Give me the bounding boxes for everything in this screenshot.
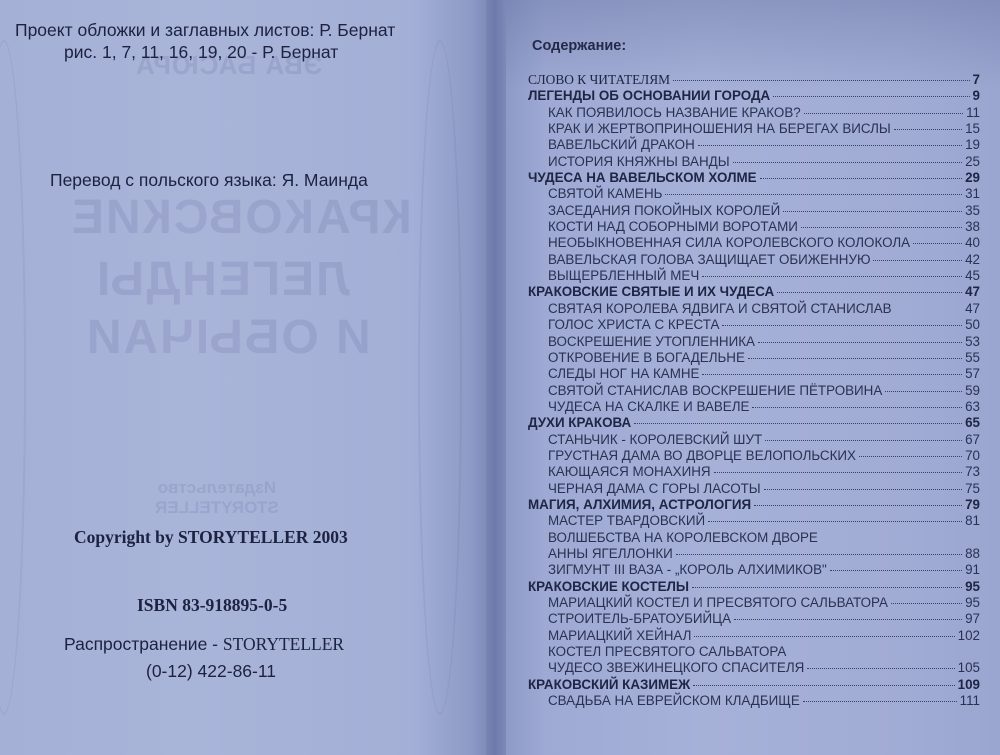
toc-dot-leader xyxy=(830,570,962,571)
toc-chapter-entry: ВЫЩЕРБЛЕННЫЙ МЕЧ45 xyxy=(528,268,980,284)
toc-entry-title: ЧУДЕСА НА ВАВЕЛЬСКОМ ХОЛМЕ xyxy=(528,170,757,186)
toc-chapter-entry: ЧЕРНАЯ ДАМА С ГОРЫ ЛАСОТЫ75 xyxy=(528,481,980,497)
toc-entry-title: ЗИГМУНТ III ВАЗА - „КОРОЛЬ АЛХИМИКОВ" xyxy=(548,562,827,578)
toc-entry-title: ЧУДЕСО ЗВЕЖИНЕЦКОГО СПАСИТЕЛЯ xyxy=(548,660,804,676)
toc-chapter-entry: КАК ПОЯВИЛОСЬ НАЗВАНИЕ КРАКОВ?11 xyxy=(528,105,980,121)
toc-dot-leader xyxy=(754,505,962,506)
toc-chapter-entry: ЗИГМУНТ III ВАЗА - „КОРОЛЬ АЛХИМИКОВ"91 xyxy=(528,562,980,578)
toc-dot-leader xyxy=(859,456,962,457)
toc-dot-leader xyxy=(891,603,962,604)
toc-entry-title: КОСТИ НАД СОБОРНЫМИ ВОРОТАМИ xyxy=(548,219,798,235)
toc-entry-page-number: 9 xyxy=(973,88,980,104)
toc-dot-leader xyxy=(698,145,962,146)
contents-heading: Содержание: xyxy=(532,38,626,54)
ornament-border-left xyxy=(0,40,26,715)
toc-section-entry: МАГИЯ, АЛХИМИЯ, АСТРОЛОГИЯ79 xyxy=(528,497,980,513)
toc-dot-leader xyxy=(665,194,962,195)
toc-entry-page-number: 55 xyxy=(965,350,980,366)
toc-entry-title: ВОЛШЕБСТВА НА КОРОЛЕВСКОМ ДВОРЕ xyxy=(548,530,818,546)
toc-chapter-entry: ВАВЕЛЬСКИЙ ДРАКОН19 xyxy=(528,137,980,153)
toc-entry-title: КРАКОВСКИЕ КОСТЕЛЫ xyxy=(528,579,689,595)
toc-entry-page-number: 73 xyxy=(965,464,980,480)
toc-dot-leader xyxy=(702,276,962,277)
toc-entry-page-number: 105 xyxy=(958,660,980,676)
toc-entry-page-number: 59 xyxy=(965,383,980,399)
toc-chapter-entry: СВАДЬБА НА ЕВРЕЙСКОМ КЛАДБИЩЕ111 xyxy=(528,693,980,709)
toc-entry-title: НЕОБЫКНОВЕННАЯ СИЛА КОРОЛЕВСКОГО КОЛОКОЛ… xyxy=(548,235,910,251)
toc-entry-title: МАРИАЦКИЙ КОСТЕЛ И ПРЕСВЯТОГО САЛЬВАТОРА xyxy=(548,595,888,611)
toc-dot-leader xyxy=(693,685,954,686)
distributor-name: STORYTELLER xyxy=(223,634,344,654)
toc-chapter-entry: ИСТОРИЯ КНЯЖНЫ ВАНДЫ25 xyxy=(528,154,980,170)
toc-entry-page-number: 29 xyxy=(965,170,980,186)
book-gutter xyxy=(486,0,506,755)
toc-entry-title: СВЯТОЙ КАМЕНЬ xyxy=(548,186,662,202)
distribution-label: Распространение - xyxy=(64,634,223,654)
toc-section-entry: КРАКОВСКИЕ КОСТЕЛЫ95 xyxy=(528,579,980,595)
bleed-through-title-line2: ЛЕГЕНДЫ xyxy=(95,252,350,307)
copyright-notice: Copyright by STORYTELLER 2003 xyxy=(74,527,348,548)
toc-dot-leader xyxy=(692,587,962,588)
toc-chapter-entry: СВЯТОЙ КАМЕНЬ31 xyxy=(528,186,980,202)
toc-dot-leader xyxy=(804,113,963,114)
toc-entry-page-number: 95 xyxy=(965,579,980,595)
toc-dot-leader xyxy=(694,636,954,637)
toc-dot-leader xyxy=(758,342,962,343)
toc-chapter-entry: МАСТЕР ТВАРДОВСКИЙ81 xyxy=(528,513,980,529)
toc-chapter-entry: КРАК И ЖЕРТВОПРИНОШЕНИЯ НА БЕРЕГАХ ВИСЛЫ… xyxy=(528,121,980,137)
toc-entry-title: СТАНЬЧИК - КОРОЛЕВСКИЙ ШУТ xyxy=(548,432,762,448)
toc-entry-title: СЛЕДЫ НОГ НА КАМНЕ xyxy=(548,366,699,382)
toc-entry-page-number: 25 xyxy=(965,154,980,170)
phone-number: (0-12) 422-86-11 xyxy=(146,661,276,682)
toc-dot-leader xyxy=(765,440,962,441)
toc-dot-leader xyxy=(807,668,954,669)
toc-entry-page-number: 95 xyxy=(965,595,980,611)
toc-chapter-entry: КОСТЕЛ ПРЕСВЯТОГО САЛЬВАТОРА xyxy=(528,644,980,660)
toc-entry-page-number: 63 xyxy=(965,399,980,415)
isbn: ISBN 83-918895-0-5 xyxy=(137,595,287,616)
toc-chapter-entry: СВЯТОЙ СТАНИСЛАВ ВОСКРЕШЕНИЕ ПЁТРОВИНА59 xyxy=(528,383,980,399)
toc-entry-title: МАСТЕР ТВАРДОВСКИЙ xyxy=(548,513,705,529)
toc-entry-title: ДУХИ КРАКОВА xyxy=(528,415,631,431)
toc-entry-title: МАГИЯ, АЛХИМИЯ, АСТРОЛОГИЯ xyxy=(528,497,751,513)
toc-chapter-entry: СТРОИТЕЛЬ-БРАТОУБИЙЦА97 xyxy=(528,611,980,627)
ornament-border-right xyxy=(418,40,462,715)
toc-entry-title: КРАКОВСКИЕ СВЯТЫЕ И ИХ ЧУДЕСА xyxy=(528,284,774,300)
toc-dot-leader xyxy=(773,96,969,97)
toc-entry-title: СВЯТАЯ КОРОЛЕВА ЯДВИГА И СВЯТОЙ СТАНИСЛА… xyxy=(548,301,892,317)
toc-entry-page-number: 19 xyxy=(965,137,980,153)
toc-entry-title: ЧЕРНАЯ ДАМА С ГОРЫ ЛАСОТЫ xyxy=(548,481,761,497)
toc-entry-title: АННЫ ЯГЕЛЛОНКИ xyxy=(548,546,673,562)
toc-dot-leader xyxy=(722,325,962,326)
toc-entry-title: ВЫЩЕРБЛЕННЫЙ МЕЧ xyxy=(548,268,699,284)
toc-entry-page-number: 91 xyxy=(965,562,980,578)
toc-entry-title: ГОЛОС ХРИСТА С КРЕСТА xyxy=(548,317,719,333)
toc-dot-leader xyxy=(733,162,963,163)
toc-dot-leader xyxy=(803,701,957,702)
toc-dot-leader xyxy=(676,554,962,555)
toc-chapter-entry: СВЯТАЯ КОРОЛЕВА ЯДВИГА И СВЯТОЙ СТАНИСЛА… xyxy=(528,301,980,317)
toc-entry-page-number: 70 xyxy=(965,448,980,464)
toc-entry-title: ЛЕГЕНДЫ ОБ ОСНОВАНИИ ГОРОДА xyxy=(528,88,770,104)
toc-entry-page-number: 53 xyxy=(965,334,980,350)
toc-entry-page-number: 7 xyxy=(973,72,980,88)
toc-dot-leader xyxy=(714,472,963,473)
toc-chapter-entry: СТАНЬЧИК - КОРОЛЕВСКИЙ ШУТ67 xyxy=(528,432,980,448)
toc-entry-title: МАРИАЦКИЙ ХЕЙНАЛ xyxy=(548,628,691,644)
toc-entry-title: СЛОВО К ЧИТАТЕЛЯМ xyxy=(528,72,670,88)
toc-entry-page-number: 75 xyxy=(965,481,980,497)
cover-design-credit: Проект обложки и заглавных листов: Р. Бе… xyxy=(15,20,395,41)
toc-entry-page-number: 79 xyxy=(965,497,980,513)
toc-entry-title: ВАВЕЛЬСКИЙ ДРАКОН xyxy=(548,137,695,153)
toc-entry-page-number: 47 xyxy=(965,301,980,317)
toc-entry-title: КАК ПОЯВИЛОСЬ НАЗВАНИЕ КРАКОВ? xyxy=(548,105,801,121)
toc-dot-leader xyxy=(764,489,962,490)
toc-chapter-entry: ЗАСЕДАНИЯ ПОКОЙНЫХ КОРОЛЕЙ35 xyxy=(528,203,980,219)
bleed-through-title-line1: КРАКОВСКИЕ xyxy=(70,190,412,245)
toc-entry-title: ЗАСЕДАНИЯ ПОКОЙНЫХ КОРОЛЕЙ xyxy=(548,203,780,219)
toc-section-entry: КРАКОВСКИЕ СВЯТЫЕ И ИХ ЧУДЕСА47 xyxy=(528,284,980,300)
illustrations-credit: рис. 1, 7, 11, 16, 19, 20 - Р. Бернат xyxy=(64,42,338,63)
toc-dot-leader xyxy=(801,227,962,228)
toc-dot-leader xyxy=(885,391,962,392)
toc-entry-page-number: 111 xyxy=(960,693,980,709)
table-of-contents: СЛОВО К ЧИТАТЕЛЯМ7ЛЕГЕНДЫ ОБ ОСНОВАНИИ Г… xyxy=(528,72,980,709)
toc-section-entry: КРАКОВСКИЙ КАЗИМЕЖ109 xyxy=(528,677,980,693)
translation-credit: Перевод с польского языка: Я. Маинда xyxy=(50,170,368,191)
toc-entry-title: ГРУСТНАЯ ДАМА ВО ДВОРЦЕ ВЕЛОПОЛЬСКИХ xyxy=(548,448,856,464)
toc-chapter-entry: АННЫ ЯГЕЛЛОНКИ88 xyxy=(528,546,980,562)
toc-section-entry: ДУХИ КРАКОВА65 xyxy=(528,415,980,431)
toc-section-entry: ЧУДЕСА НА ВАВЕЛЬСКОМ ХОЛМЕ29 xyxy=(528,170,980,186)
toc-dot-leader xyxy=(894,129,962,130)
toc-entry-title: КАЮЩАЯСЯ МОНАХИНЯ xyxy=(548,464,711,480)
toc-dot-leader xyxy=(748,358,962,359)
toc-entry-page-number: 35 xyxy=(965,203,980,219)
toc-dot-leader xyxy=(913,243,962,244)
distribution-line: Распространение - STORYTELLER xyxy=(64,634,344,655)
toc-chapter-entry: ГОЛОС ХРИСТА С КРЕСТА50 xyxy=(528,317,980,333)
toc-chapter-entry: СЛЕДЫ НОГ НА КАМНЕ57 xyxy=(528,366,980,382)
toc-entry-page-number: 31 xyxy=(965,186,980,202)
toc-entry-title: ВОСКРЕШЕНИЕ УТОПЛЕННИКА xyxy=(548,334,755,350)
toc-entry-page-number: 88 xyxy=(965,546,980,562)
toc-entry-page-number: 97 xyxy=(965,611,980,627)
toc-dot-leader xyxy=(752,407,962,408)
toc-chapter-entry: ВОСКРЕШЕНИЕ УТОПЛЕННИКА53 xyxy=(528,334,980,350)
toc-chapter-entry: ЧУДЕСО ЗВЕЖИНЕЦКОГО СПАСИТЕЛЯ105 xyxy=(528,660,980,676)
toc-entry-title: КРАК И ЖЕРТВОПРИНОШЕНИЯ НА БЕРЕГАХ ВИСЛЫ xyxy=(548,121,891,137)
left-page-imprint: ЭВА БАСЮРА КРАКОВСКИЕ ЛЕГЕНДЫ И ОБЫЧАИ И… xyxy=(0,0,486,755)
toc-entry-page-number: 42 xyxy=(965,252,980,268)
toc-chapter-entry: МАРИАЦКИЙ ХЕЙНАЛ102 xyxy=(528,628,980,644)
toc-dot-leader xyxy=(789,652,977,653)
toc-entry-title: ИСТОРИЯ КНЯЖНЫ ВАНДЫ xyxy=(548,154,730,170)
bleed-through-publisher-line2: STORYTELLER xyxy=(155,498,279,518)
toc-chapter-entry: КОСТИ НАД СОБОРНЫМИ ВОРОТАМИ38 xyxy=(528,219,980,235)
toc-entry-page-number: 11 xyxy=(966,105,980,121)
toc-dot-leader xyxy=(895,309,963,310)
toc-entry-title: ОТКРОВЕНИЕ В БОГАДЕЛЬНЕ xyxy=(548,350,745,366)
toc-chapter-entry: НЕОБЫКНОВЕННАЯ СИЛА КОРОЛЕВСКОГО КОЛОКОЛ… xyxy=(528,235,980,251)
toc-entry-page-number: 15 xyxy=(965,121,980,137)
toc-entry-page-number: 109 xyxy=(958,677,980,693)
toc-entry-page-number: 40 xyxy=(965,235,980,251)
toc-entry-page-number: 65 xyxy=(965,415,980,431)
toc-entry-page-number: 38 xyxy=(965,219,980,235)
toc-chapter-entry: ЧУДЕСА НА СКАЛКЕ И ВАВЕЛЕ63 xyxy=(528,399,980,415)
toc-chapter-entry: ОТКРОВЕНИЕ В БОГАДЕЛЬНЕ55 xyxy=(528,350,980,366)
toc-entry-page-number: 45 xyxy=(965,268,980,284)
toc-entry-title: КОСТЕЛ ПРЕСВЯТОГО САЛЬВАТОРА xyxy=(548,644,786,660)
toc-entry-page-number: 102 xyxy=(958,628,980,644)
toc-dot-leader xyxy=(734,619,962,620)
toc-entry-page-number: 67 xyxy=(965,432,980,448)
toc-entry-title: СВАДЬБА НА ЕВРЕЙСКОМ КЛАДБИЩЕ xyxy=(548,693,800,709)
toc-dot-leader xyxy=(673,80,969,81)
toc-dot-leader xyxy=(873,260,962,261)
toc-entry-page-number: 81 xyxy=(965,513,980,529)
toc-dot-leader xyxy=(634,423,962,424)
toc-dot-leader xyxy=(702,374,962,375)
bleed-through-title-line3: И ОБЫЧАИ xyxy=(85,310,371,365)
toc-entry-title: ВАВЕЛЬСКАЯ ГОЛОВА ЗАЩИЩАЕТ ОБИЖЕННУЮ xyxy=(548,252,870,268)
toc-dot-leader xyxy=(760,178,963,179)
toc-dot-leader xyxy=(783,211,962,212)
toc-section-entry: ЛЕГЕНДЫ ОБ ОСНОВАНИИ ГОРОДА9 xyxy=(528,88,980,104)
toc-dot-leader xyxy=(708,521,962,522)
toc-chapter-entry: МАРИАЦКИЙ КОСТЕЛ И ПРЕСВЯТОГО САЛЬВАТОРА… xyxy=(528,595,980,611)
toc-entry-title: СВЯТОЙ СТАНИСЛАВ ВОСКРЕШЕНИЕ ПЁТРОВИНА xyxy=(548,383,882,399)
toc-chapter-entry: КАЮЩАЯСЯ МОНАХИНЯ73 xyxy=(528,464,980,480)
toc-chapter-entry: ГРУСТНАЯ ДАМА ВО ДВОРЦЕ ВЕЛОПОЛЬСКИХ70 xyxy=(528,448,980,464)
toc-chapter-entry: ВОЛШЕБСТВА НА КОРОЛЕВСКОМ ДВОРЕ xyxy=(528,530,980,546)
toc-entry-title: СТРОИТЕЛЬ-БРАТОУБИЙЦА xyxy=(548,611,731,627)
toc-entry-title: КРАКОВСКИЙ КАЗИМЕЖ xyxy=(528,677,690,693)
toc-section-entry: СЛОВО К ЧИТАТЕЛЯМ7 xyxy=(528,72,980,88)
toc-dot-leader xyxy=(821,538,977,539)
toc-dot-leader xyxy=(777,292,962,293)
toc-chapter-entry: ВАВЕЛЬСКАЯ ГОЛОВА ЗАЩИЩАЕТ ОБИЖЕННУЮ42 xyxy=(528,252,980,268)
toc-entry-page-number: 50 xyxy=(965,317,980,333)
bleed-through-publisher: Издательство STORYTELLER xyxy=(155,478,279,518)
toc-entry-page-number: 57 xyxy=(965,366,980,382)
bleed-through-publisher-line1: Издательство xyxy=(155,478,279,498)
toc-entry-title: ЧУДЕСА НА СКАЛКЕ И ВАВЕЛЕ xyxy=(548,399,749,415)
toc-entry-page-number: 47 xyxy=(965,284,980,300)
